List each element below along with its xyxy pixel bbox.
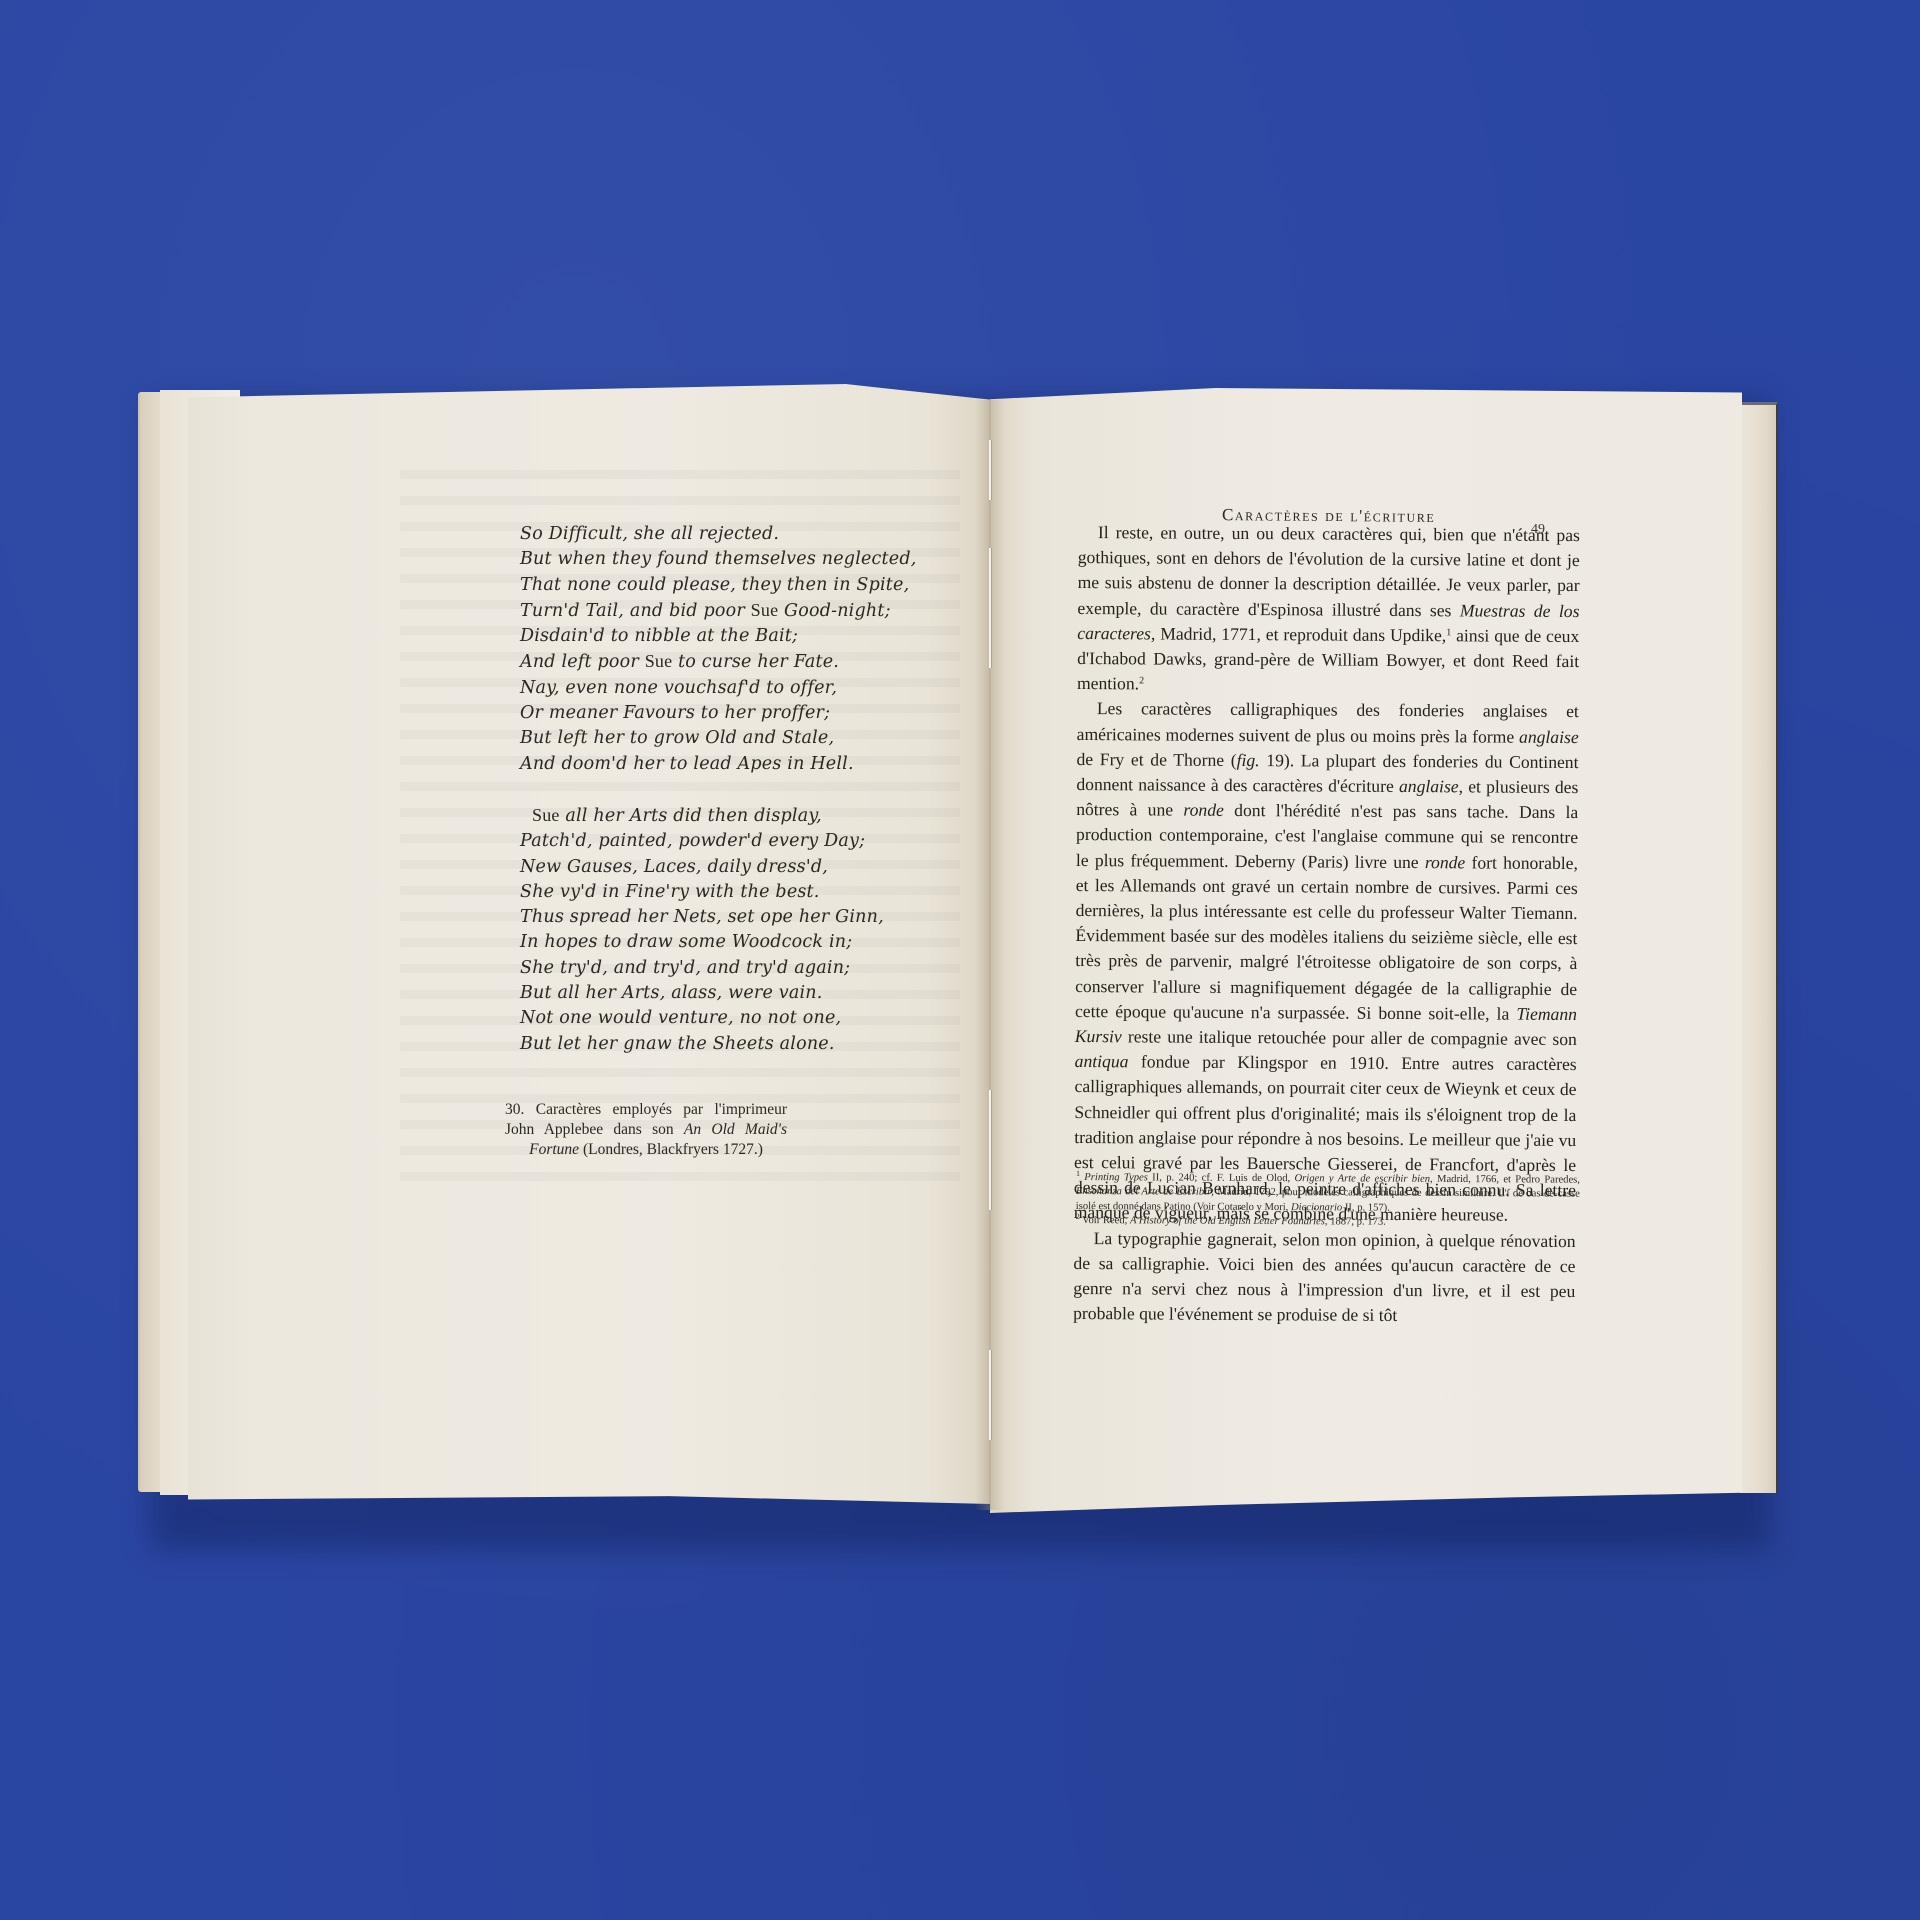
poem-line: Or meaner Favours to her proffer;	[520, 701, 840, 726]
text: fort honorable, et les Allemands ont gra…	[1075, 852, 1578, 1024]
poem-line: And left poor Sue to curse her Fate.	[520, 649, 840, 675]
italic-text: Origen y Arte de escribir bien	[1294, 1173, 1430, 1185]
italic-text: Printing Types	[1084, 1172, 1148, 1183]
figure-caption: 30. Caractères employés par l'imprimeur …	[505, 1100, 787, 1160]
poem-text: Turn'd Tail, and bid poor	[520, 601, 751, 621]
text: , Madrid, 1771, et reproduit dans Updike…	[1151, 623, 1446, 645]
italic-text: fig.	[1237, 750, 1260, 770]
caption-text: (Londres, Blackfryers 1727.)	[579, 1141, 763, 1158]
paragraph: La typographie gagnerait, selon mon opin…	[1073, 1226, 1576, 1330]
poem-line: She vy'd in Fine'ry with the best.	[520, 880, 840, 905]
poem-line: So Difficult, she all rejected.	[520, 522, 840, 547]
poem-line: Sue all her Arts did then display,	[520, 803, 840, 829]
text: , Madrid, 1766, et Pedro Paredes,	[1430, 1174, 1580, 1186]
poem-line: But let her gnaw the Sheets alone.	[520, 1032, 840, 1057]
poem-line: And doom'd her to lead Apes in Hell.	[520, 752, 840, 777]
poem-line: Disdain'd to nibble at the Bait;	[520, 624, 840, 649]
open-book: So Difficult, she all rejected.But when …	[0, 0, 1920, 1920]
italic-text: Diccionario	[1291, 1202, 1342, 1213]
italic-text: anglaise	[1399, 776, 1459, 796]
footnotes: 1 Printing Types II, p. 240; cf. F. Luis…	[1076, 1171, 1580, 1231]
text: Les caractères calligraphiques des fonde…	[1077, 699, 1579, 747]
footnote-ref: 2	[1139, 676, 1144, 687]
poem-text: Good-night;	[778, 601, 890, 621]
paragraph: Les caractères calligraphiques des fonde…	[1074, 696, 1579, 1228]
text: II, p. 157).	[1342, 1202, 1390, 1213]
italic-text: anglaise	[1519, 726, 1579, 746]
binding-stitch	[989, 1350, 991, 1440]
poem-text: to curse her Fate.	[672, 652, 839, 672]
text: de Fry et de Thorne (	[1076, 749, 1236, 770]
italic-text: A History of the Old English Letter Foun…	[1130, 1216, 1325, 1228]
poem-stanza: Sue all her Arts did then display,Patch'…	[520, 803, 840, 1057]
poem-line: New Gauses, Laces, daily dress'd,	[520, 855, 840, 880]
poem-line: In hopes to draw some Woodcock in;	[520, 930, 840, 955]
poem-line: That none could please, they then in Spi…	[520, 573, 840, 598]
name-sue: Sue	[532, 805, 560, 825]
text: Voir Reed,	[1080, 1215, 1130, 1226]
poem-text: And left poor	[520, 652, 645, 672]
poem-stanza: So Difficult, she all rejected.But when …	[520, 522, 840, 777]
poem-line: Turn'd Tail, and bid poor Sue Good-night…	[520, 598, 840, 624]
paragraph: Il reste, en outre, un ou deux caractère…	[1077, 520, 1580, 699]
italic-text: ronde	[1183, 800, 1224, 820]
poem-line: Not one would venture, no not one,	[520, 1006, 840, 1031]
text: , 1887, p. 173.	[1325, 1217, 1386, 1228]
binding-stitch	[989, 1090, 991, 1210]
text: II, p. 240; cf. F. Luis de Olod,	[1148, 1172, 1295, 1184]
poem-specimen: So Difficult, she all rejected.But when …	[520, 522, 840, 1057]
name-sue: Sue	[645, 651, 673, 671]
poem-line: But left her to grow Old and Stale,	[520, 726, 840, 751]
poem-text: all her Arts did then display,	[560, 806, 822, 826]
poem-line: She try'd, and try'd, and try'd again;	[520, 956, 840, 981]
italic-text: antiqua	[1075, 1051, 1129, 1071]
poem-line: Nay, even none vouchsaf'd to offer,	[520, 676, 840, 701]
poem-line: But all her Arts, alass, were vain.	[520, 981, 840, 1006]
text: La typographie gagnerait, selon mon opin…	[1073, 1228, 1576, 1325]
footnote: 2 Voir Reed, A History of the Old Englis…	[1076, 1214, 1580, 1231]
italic-text: Enseñanza del Arte de Escribir	[1076, 1186, 1211, 1198]
italic-text: ronde	[1425, 852, 1466, 872]
poem-line: Thus spread her Nets, set ope her Ginn,	[520, 905, 840, 930]
binding-stitch	[989, 440, 991, 500]
text: reste une italique retouchée pour aller …	[1122, 1026, 1577, 1049]
name-sue: Sue	[751, 600, 779, 620]
footnote: 1 Printing Types II, p. 240; cf. F. Luis…	[1076, 1171, 1580, 1217]
poem-line: But when they found themselves neglected…	[520, 547, 840, 572]
binding-stitch	[989, 548, 991, 668]
poem-line: Patch'd, painted, powder'd every Day;	[520, 829, 840, 854]
